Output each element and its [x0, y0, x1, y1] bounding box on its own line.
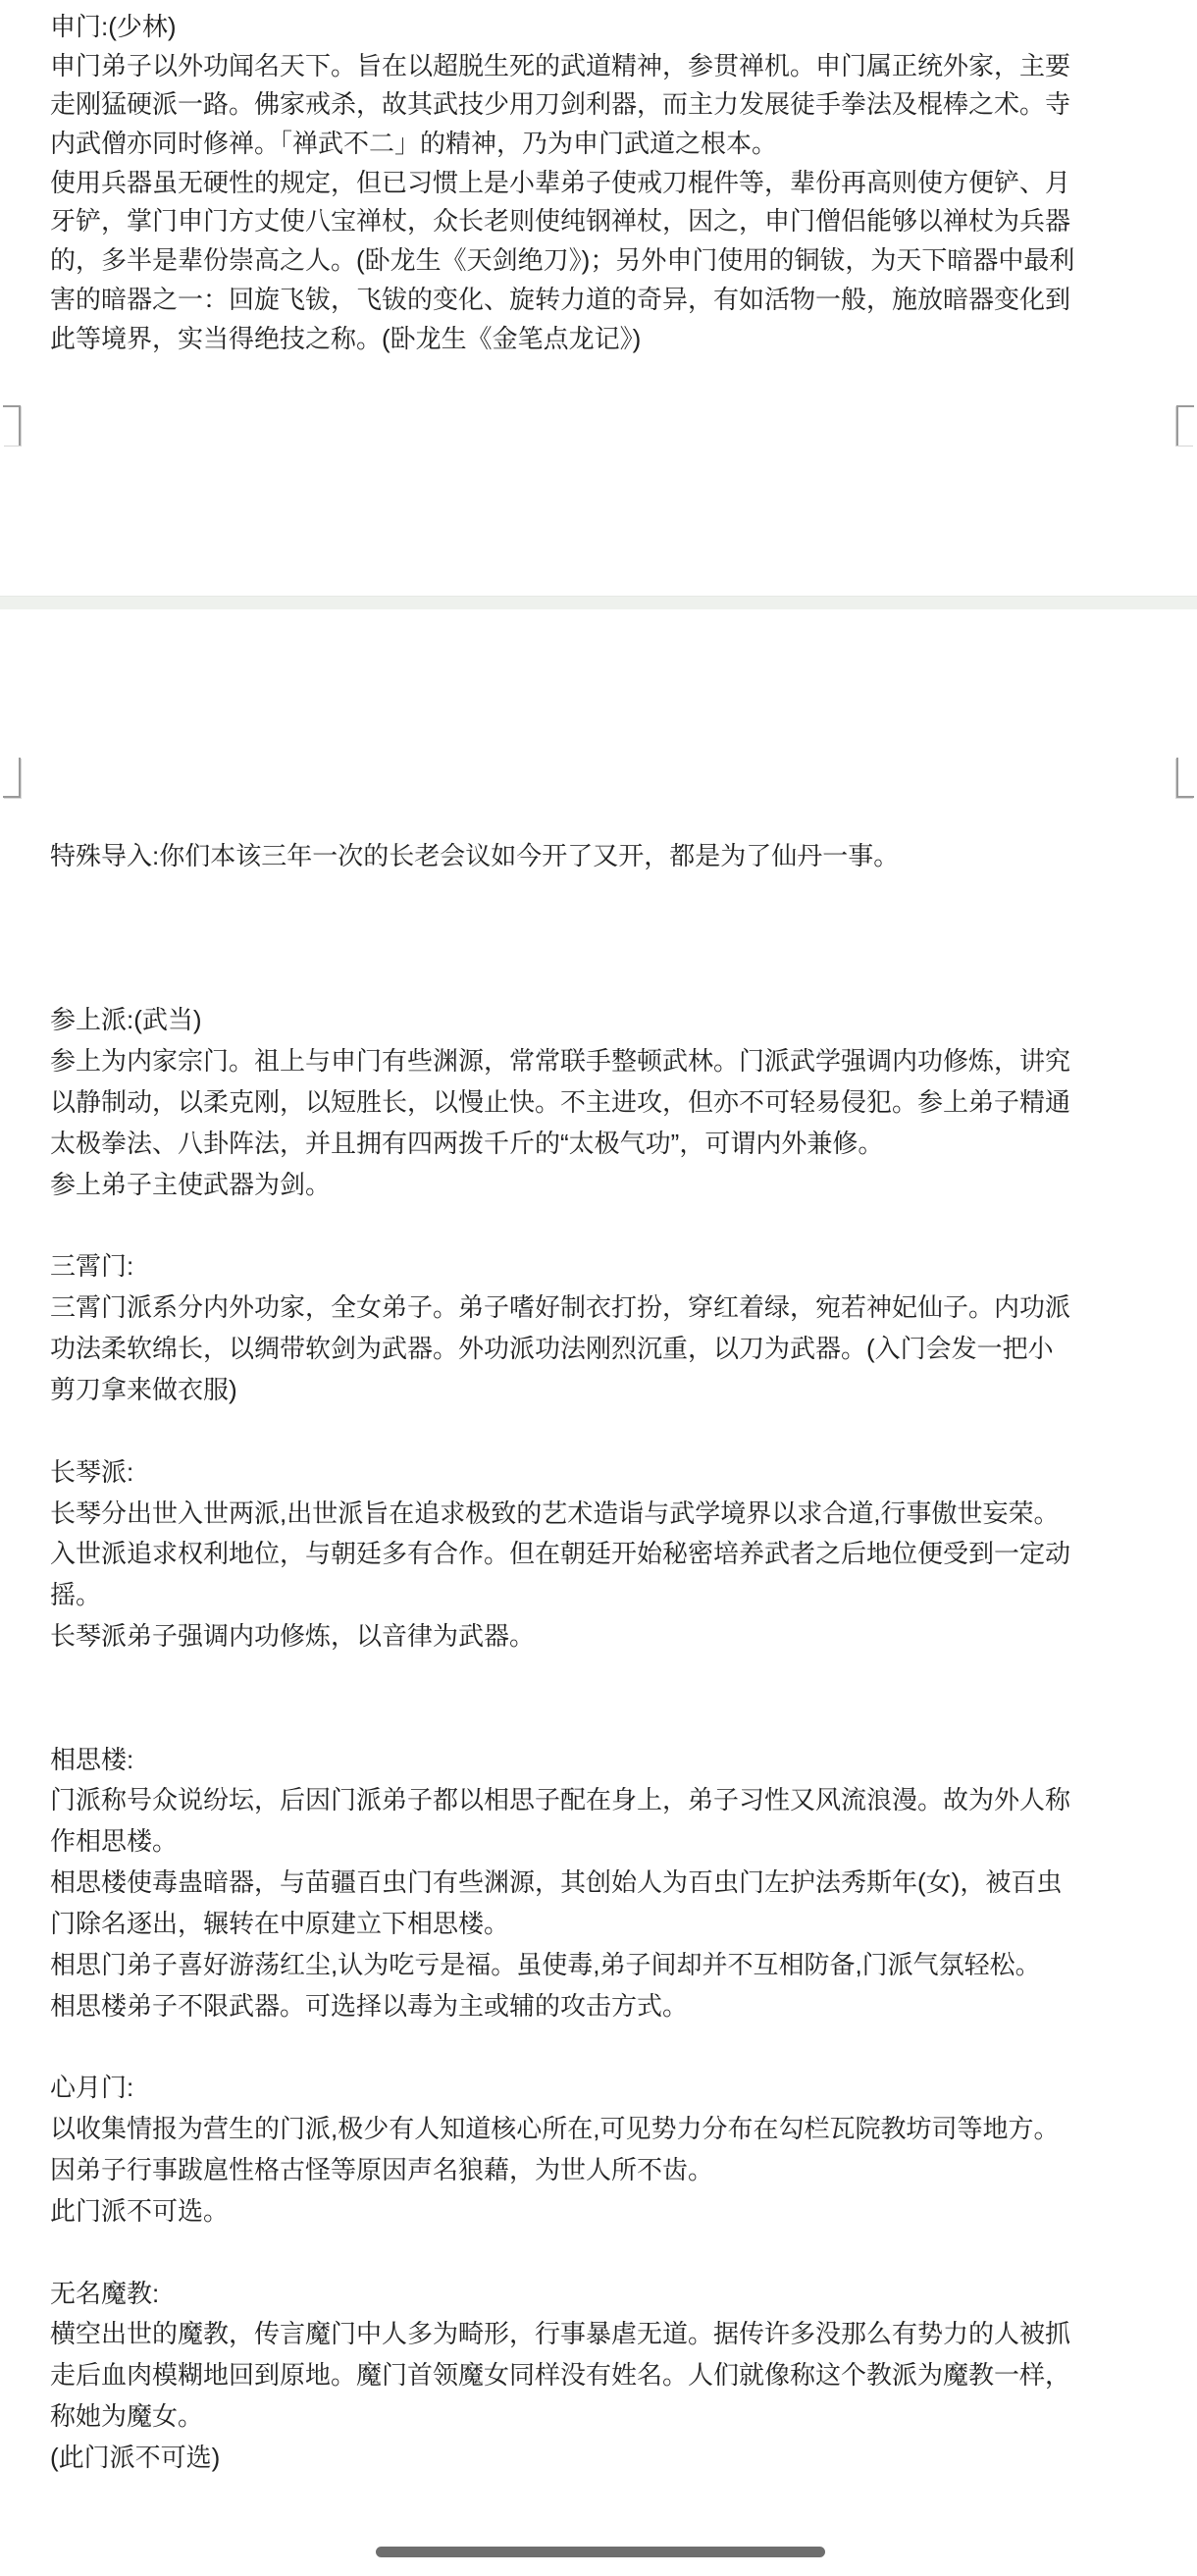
page-break-gap: [0, 596, 1197, 609]
text-line: 使用兵器虽无硬性的规定，但已习惯上是小辈弟子使戒刀棍件等，辈份再高则使方便铲、月: [50, 164, 1074, 203]
text-line: 称她为魔女。: [50, 2396, 1070, 2438]
text-line: [50, 877, 1070, 919]
text-line: 三霄门:: [50, 1246, 1070, 1288]
text-line: 以静制动，以柔克刚，以短胜长，以慢止快。不主进攻，但亦不可轻易侵犯。参上弟子精通: [50, 1082, 1070, 1124]
text-line: 申门弟子以外功闻名天下。旨在以超脱生死的武道精神，参贯禅机。申门属正统外家，主要: [50, 47, 1074, 86]
text-line: 特殊导入:你们本该三年一次的长老会议如今开了又开，都是为了仙丹一事。: [50, 836, 1070, 877]
text-line: 作相思楼。: [50, 1821, 1070, 1863]
text-line: 门除名逐出，辗转在中原建立下相思楼。: [50, 1904, 1070, 1945]
text-line: 相思楼使毒蛊暗器，与苗疆百虫门有些渊源，其创始人为百虫门左护法秀斯年(女)，被百…: [50, 1863, 1070, 1904]
text-line: 心月门:: [50, 2068, 1070, 2109]
text-line: 参上弟子主使武器为剑。: [50, 1165, 1070, 1206]
text-line: 太极拳法、八卦阵法，并且拥有四两拨千斤的“太极气功”，可谓内外兼修。: [50, 1124, 1070, 1165]
text-line: 牙铲，掌门申门方丈使八宝禅杖，众长老则使纯钢禅杖，因之，申门僧侣能够以禅杖为兵器: [50, 202, 1074, 241]
text-line: 长琴分出世入世两派,出世派旨在追求极致的艺术造诣与武学境界以求合道,行事傲世妄荣…: [50, 1494, 1070, 1535]
text-line: 长琴派弟子强调内功修炼，以音律为武器。: [50, 1616, 1070, 1657]
text-line: [50, 1657, 1070, 1699]
text-line: [50, 1411, 1070, 1452]
text-line: 走后血肉模糊地回到原地。魔门首领魔女同样没有姓名。人们就像称这个教派为魔教一样，: [50, 2355, 1070, 2396]
text-line: 此等境界，实当得绝技之称。(卧龙生《金笔点龙记》): [50, 320, 1074, 359]
text-line: [50, 1699, 1070, 1740]
text-line: 剪刀拿来做衣服): [50, 1370, 1070, 1411]
text-line: [50, 960, 1070, 1001]
text-line: 相思楼弟子不限武器。可选择以毒为主或辅的攻击方式。: [50, 1986, 1070, 2027]
text-line: 内武僧亦同时修禅。「禅武不二」的精神，乃为申门武道之根本。: [50, 125, 1074, 164]
text-line: (此门派不可选): [50, 2438, 1070, 2479]
text-line: 害的暗器之一：回旋飞钹，飞钹的变化、旋转力道的奇异，有如活物一般，施放暗器变化到: [50, 281, 1074, 320]
text-line: [50, 1206, 1070, 1247]
page2-text-block: 特殊导入:你们本该三年一次的长老会议如今开了又开，都是为了仙丹一事。参上派:(武…: [50, 836, 1070, 2479]
text-line: 申门:(少林): [50, 8, 1074, 47]
text-line: 长琴派:: [50, 1452, 1070, 1494]
text-line: 摇。: [50, 1575, 1070, 1616]
text-line: [50, 919, 1070, 960]
text-line: [50, 2233, 1070, 2274]
page1-text-block: 申门:(少林)申门弟子以外功闻名天下。旨在以超脱生死的武道精神，参贯禅机。申门属…: [50, 8, 1074, 358]
text-line: 参上为内家宗门。祖上与申门有些渊源，常常联手整顿武林。门派武学强调内功修炼，讲究: [50, 1041, 1070, 1082]
text-line: 的，多半是辈份崇高之人。(卧龙生《天剑绝刀》)；另外申门使用的铜钹，为天下暗器中…: [50, 241, 1074, 281]
text-line: 入世派追求权利地位，与朝廷多有合作。但在朝廷开始秘密培养武者之后地位便受到一定动: [50, 1534, 1070, 1575]
text-line: 门派称号众说纷坛，后因门派弟子都以相思子配在身上，弟子习性又风流浪漫。故为外人称: [50, 1780, 1070, 1821]
page1-bottom-left-margin-mark: [3, 405, 21, 446]
text-line: 无名魔教:: [50, 2274, 1070, 2315]
text-line: 走刚猛硬派一路。佛家戒杀，故其武技少用刀剑利器，而主力发展徒手拳法及棍棒之术。寺: [50, 85, 1074, 125]
text-line: 参上派:(武当): [50, 1000, 1070, 1041]
page2-top-left-margin-mark: [3, 758, 21, 798]
text-line: 以收集情报为营生的门派,极少有人知道核心所在,可见势力分布在勾栏瓦院教坊司等地方…: [50, 2109, 1070, 2150]
text-line: [50, 2026, 1070, 2068]
text-line: 功法柔软绵长，以绸带软剑为武器。外功派功法刚烈沉重，以刀为武器。(入门会发一把小: [50, 1329, 1070, 1370]
page2-top-right-margin-mark: [1176, 758, 1194, 798]
text-line: 此门派不可选。: [50, 2191, 1070, 2233]
text-line: 三霄门派系分内外功家，全女弟子。弟子嗜好制衣打扮，穿红着绿，宛若神妃仙子。内功派: [50, 1288, 1070, 1329]
horizontal-scrollbar-thumb[interactable]: [376, 2547, 825, 2557]
page1-bottom-right-margin-mark: [1176, 405, 1194, 446]
text-line: 相思门弟子喜好游荡红尘,认为吃亏是福。虽使毒,弟子间却并不互相防备,门派气氛轻松…: [50, 1945, 1070, 1986]
text-line: 横空出世的魔教，传言魔门中人多为畸形，行事暴虐无道。据传许多没那么有势力的人被抓: [50, 2314, 1070, 2355]
text-line: 相思楼:: [50, 1740, 1070, 1781]
text-line: 因弟子行事跋扈性格古怪等原因声名狼藉，为世人所不齿。: [50, 2150, 1070, 2191]
